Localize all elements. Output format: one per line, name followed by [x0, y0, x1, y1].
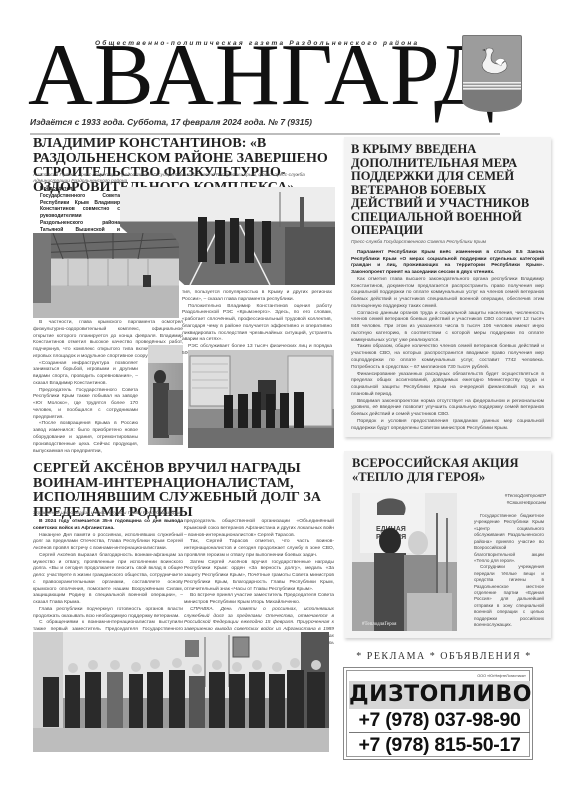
article-3-paragraph: Так, Сергей Тарасов отметил, что часть в… [184, 539, 334, 559]
issue-line: Издаётся с 1933 года. Суббота, 17 феврал… [30, 117, 312, 127]
article-2-paragraph: Финансирование указанных расходных обяза… [351, 372, 544, 399]
ad-product-name: ДИЗТОПЛИВО [349, 681, 530, 709]
article-1-column-2: тия, пользуется популярностью в Крыму и … [182, 290, 332, 358]
control-room-photo [188, 350, 334, 448]
ad-company-name: ООО «ЮгНефтеЛогистика» [477, 674, 526, 678]
article-1-paragraph: «Созданная инфраструктура позволяет зани… [33, 361, 138, 388]
article-3-paragraph: Затем Сергей Аксёнов вручил государствен… [184, 560, 334, 594]
article-3-paragraph: Сергей Аксёнов выразил благодарность вои… [33, 553, 183, 607]
ad-phone-2[interactable]: +7 (978) 815-50-17 [349, 734, 530, 757]
article-1-paragraph: Положительно Владимир Константинов оцени… [182, 304, 332, 345]
ad-phone-1[interactable]: +7 (978) 037-98-90 [349, 709, 530, 732]
masthead: Общественно-политическая газета Раздольн… [30, 38, 535, 133]
article-4-headline: Всероссийская акция «Тепло для героя» [352, 457, 543, 484]
article-3-lede: В 2024 году отмечается 35-я годовщина со… [33, 519, 183, 533]
crest-water [463, 82, 521, 90]
article-4-paragraph: Государственное бюджетное учреждение Рес… [474, 513, 544, 564]
article-2-headline: В Крыму введена дополнительная мера подд… [351, 143, 544, 238]
article-2-paragraph: Парламент Республики Крым внёс изменения… [351, 250, 544, 277]
volunteers-photo: ЕДИНАЯ РОССИЯ #ТеплодляГероя [352, 493, 457, 631]
article-3-column-1: В 2024 году отмечается 35-я годовщина со… [33, 519, 183, 641]
swan-coat-of-arms-icon [462, 35, 522, 112]
article-2-paragraph: Вводимая законопроектом норма отсутствуе… [351, 399, 544, 419]
article-1-byline: Анастасия Прядко, пресс-секретарь Предсе… [33, 173, 333, 185]
crest-base [463, 90, 521, 112]
article-3-paragraph: председатель общественной организации «О… [184, 519, 334, 539]
article-3-paragraph: Глава республики подчеркнул готовность о… [33, 607, 183, 621]
diesel-fuel-ad: ООО «ЮгНефтеЛогистика» ДИЗТОПЛИВО +7 (97… [343, 667, 533, 760]
article-2-paragraph: Как отметил глава высшего законодательно… [351, 277, 544, 311]
article-1-paragraph: «После возвращения Крыма в Россию завод … [33, 421, 138, 455]
article-1-paragraph: Председатель Государственного Совета Рес… [33, 388, 138, 422]
article-4-hashtags: #ТеплоДляГерояЕР #СвоихНеБросаем [476, 493, 546, 506]
article-2-paragraph: Порядок и условия предоставления граждан… [351, 419, 544, 433]
ads-section-header: * РЕКЛАМА * ОБЪЯВЛЕНИЯ * [344, 651, 544, 662]
article-2-byline: Пресс-служба Государственного Совета Рес… [351, 240, 544, 246]
article-1-paragraph: тия, пользуется популярностью в Крыму и … [182, 290, 332, 304]
article-4-body: Государственное бюджетное учреждение Рес… [474, 513, 544, 629]
article-3-paragraph: Накануне Дня памяти о россиянах, исполня… [33, 533, 183, 553]
hashtag: #СвоихНеБросаем [476, 500, 546, 507]
article-2-body: Парламент Республики Крым внёс изменения… [351, 250, 544, 433]
sports-hall-photo [33, 233, 179, 318]
article-2-paragraph: Таким образом, общее количество членов с… [351, 344, 544, 371]
factory-visit-photo [148, 345, 183, 445]
article-2-paragraph: Согласно данным органов труда и социальн… [351, 311, 544, 345]
swan-icon [475, 44, 511, 80]
article-3-paragraph: Во встрече принял участие заместитель Пр… [184, 593, 334, 607]
article-warmth-for-hero: Всероссийская акция «Тепло для героя» #Т… [344, 451, 551, 638]
ad-divider [349, 732, 530, 733]
svg-text:#ТеплодляГероя: #ТеплодляГероя [362, 622, 397, 627]
article-4-paragraph: Сотрудники учреждения передали тёплые ве… [474, 564, 544, 628]
masthead-rule [30, 133, 500, 135]
article-3-byline: Управление информации и пресс-службы Гла… [33, 511, 333, 517]
veterans-group-photo [33, 632, 329, 752]
article-veterans-support: В Крыму введена дополнительная мера подд… [344, 137, 551, 437]
newspaper-title: АВАНГАРД [28, 32, 496, 120]
